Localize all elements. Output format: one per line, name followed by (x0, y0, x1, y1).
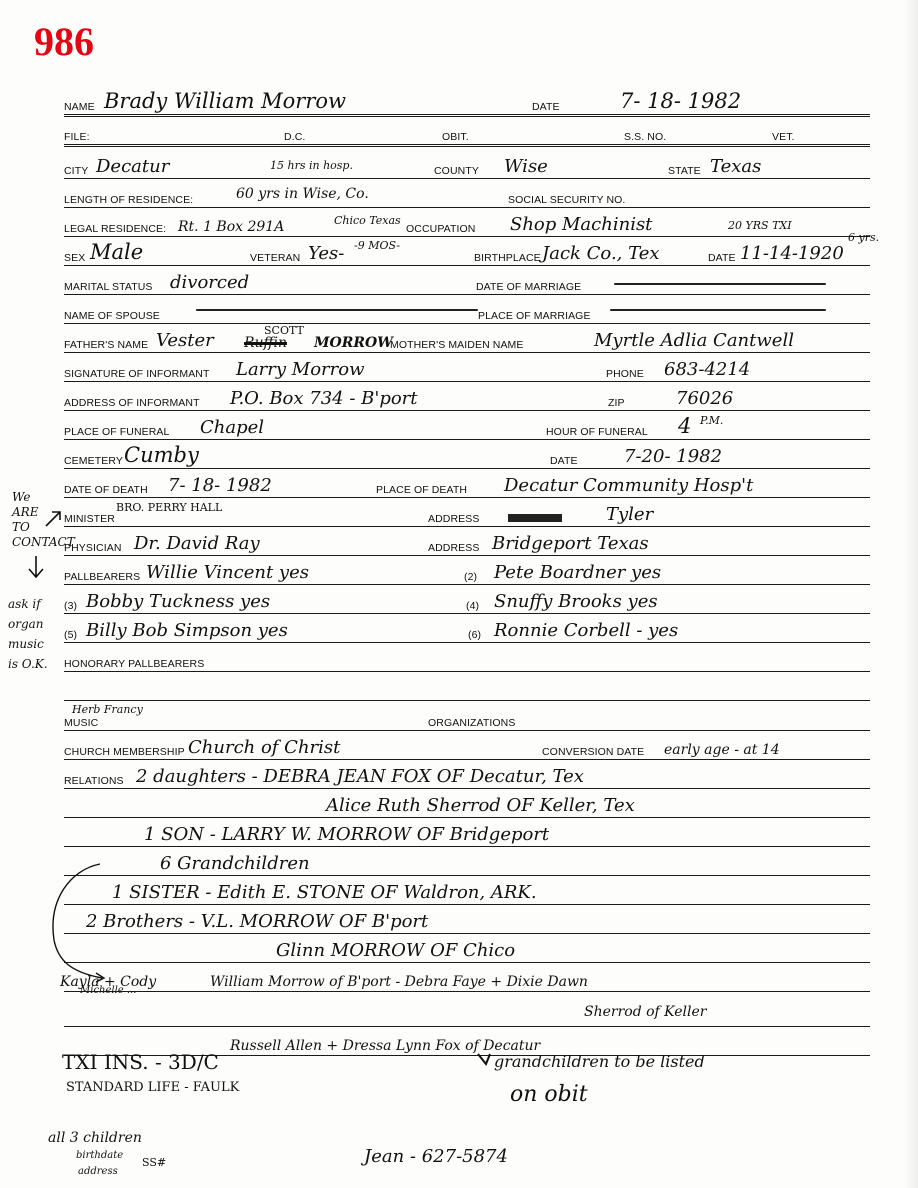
social-security-label: SOCIAL SECURITY NO. (508, 194, 625, 206)
row-informant: SIGNATURE OF INFORMANT Larry Morrow PHON… (64, 361, 870, 382)
margin-organ-line-1: ask if (8, 594, 48, 614)
file-label: FILE: (64, 131, 90, 143)
conversion-date-value: early age - at 14 (664, 742, 780, 758)
row-blank (64, 680, 870, 701)
occupation-label: OCCUPATION (406, 223, 475, 235)
row-pallbearers-3: (5) Billy Bob Simpson yes (6) Ronnie Cor… (64, 622, 870, 643)
pallbearer-3-num: (3) (64, 600, 77, 612)
place-of-death-label: PLACE OF DEATH (376, 484, 467, 496)
ss-no-label: S.S. NO. (624, 131, 666, 143)
relations-line-5: 1 SISTER - Edith E. STONE OF Waldron, AR… (112, 882, 537, 903)
date-label: DATE (532, 101, 560, 113)
place-of-marriage-label: PLACE OF MARRIAGE (478, 310, 591, 322)
vet-label: VET. (772, 131, 795, 143)
row-legal-residence: LEGAL RESIDENCE: Rt. 1 Box 291A Chico Te… (64, 216, 870, 237)
phone-note: Jean - 627-5874 (364, 1146, 508, 1167)
row-city: CITY Decatur 15 hrs in hosp. COUNTY Wise… (64, 158, 870, 179)
pallbearer-5: Billy Bob Simpson yes (86, 620, 288, 641)
name-label: NAME (64, 101, 95, 113)
row-relations-1: RELATIONS 2 daughters - DEBRA JEAN FOX O… (64, 768, 870, 789)
relations-line-8: William Morrow of B'port - Debra Faye + … (210, 974, 588, 990)
margin-contact-line-1: We (12, 490, 75, 505)
city-value: Decatur (96, 156, 169, 177)
relations-line-9: Sherrod of Keller (584, 1004, 706, 1020)
pallbearer-3: Bobby Tuckness yes (86, 591, 270, 612)
date-of-death-label: DATE OF DEATH (64, 484, 148, 496)
birth-date-value: 11-14-1920 (740, 243, 844, 264)
hour-of-funeral-value: 4 (678, 414, 691, 438)
phone-label: PHONE (606, 368, 644, 380)
sex-label: SEX (64, 252, 85, 264)
fathers-struck-name: Ruffin (244, 335, 287, 351)
church-membership-label: CHURCH MEMBERSHIP (64, 746, 185, 758)
cemetery-date-value: 7-20- 1982 (624, 446, 722, 467)
arrow-down-icon (26, 554, 46, 580)
music-value: Herb Francy (72, 703, 143, 716)
marital-status-value: divorced (170, 272, 249, 293)
length-of-residence-value: 60 yrs in Wise, Co. (236, 186, 369, 202)
legal-residence-note: Chico Texas (334, 214, 401, 227)
row-minister: MINISTER BRO. PERRY HALL ADDRESS Tyler (64, 506, 870, 527)
relations-line-4: 6 Grandchildren (160, 853, 310, 874)
relations-line-1: 2 daughters - DEBRA JEAN FOX OF Decatur,… (136, 766, 584, 787)
state-label: STATE (668, 165, 701, 177)
row-parents: FATHER'S NAME Vester Ruffin SCOTT MORROW… (64, 332, 870, 353)
pallbearer-1: Willie Vincent yes (146, 562, 309, 583)
grandchildren-note-2: on obit (510, 1082, 588, 1107)
fathers-name-label: FATHER'S NAME (64, 339, 148, 351)
arrow-up-right-icon (44, 508, 64, 528)
insurance-note-1: TXI INS. - 3D/C (62, 1050, 219, 1074)
address-of-informant-label: ADDRESS OF INFORMANT (64, 397, 200, 409)
place-of-funeral-label: PLACE OF FUNERAL (64, 426, 169, 438)
children-note-1: all 3 children (48, 1130, 142, 1146)
birthplace-value: Jack Co., Tex (542, 243, 660, 264)
record-number: 986 (34, 18, 94, 65)
zip-label: ZIP (608, 397, 625, 409)
row-informant-address: ADDRESS OF INFORMANT P.O. Box 734 - B'po… (64, 390, 870, 411)
row-relations-3: 1 SON - LARRY W. MORROW OF Bridgeport (64, 826, 870, 847)
minister-address-label: ADDRESS (428, 513, 479, 525)
veteran-note: -9 MOS- (354, 239, 400, 252)
occupation-value: Shop Machinist (510, 214, 652, 235)
children-note-3: address (78, 1166, 118, 1177)
pallbearer-2-num: (2) (464, 571, 477, 583)
marital-status-label: MARITAL STATUS (64, 281, 153, 293)
legal-residence-value: Rt. 1 Box 291A (178, 219, 284, 235)
relations-line-2: Alice Ruth Sherrod OF Keller, Tex (326, 795, 635, 816)
relations-line-3: 1 SON - LARRY W. MORROW OF Bridgeport (144, 824, 549, 845)
row-cemetery: CEMETERY Cumby DATE 7-20- 1982 (64, 448, 870, 469)
row-sex: SEX Male VETERAN Yes- -9 MOS- BIRTHPLACE… (64, 245, 870, 266)
row-relations-6: 2 Brothers - V.L. MORROW OF B'port (64, 913, 870, 934)
insurance-note-2: STANDARD LIFE - FAULK (66, 1080, 239, 1095)
children-note-ss: SS# (142, 1156, 166, 1169)
row-relations-4: 6 Grandchildren (64, 855, 870, 876)
phone-value: 683-4214 (664, 359, 750, 380)
county-value: Wise (504, 156, 548, 177)
cemetery-value: Cumby (124, 443, 199, 467)
dc-label: D.C. (284, 131, 305, 143)
row-spouse: NAME OF SPOUSE PLACE OF MARRIAGE (64, 303, 870, 324)
pallbearer-6-num: (6) (468, 629, 481, 641)
hour-of-funeral-suffix: P.M. (700, 414, 723, 427)
address-of-informant-value: P.O. Box 734 - B'port (230, 388, 418, 409)
date-of-death-value: 7- 18- 1982 (168, 475, 272, 496)
physician-value: Dr. David Ray (134, 533, 260, 554)
row-pallbearers-2: (3) Bobby Tuckness yes (4) Snuffy Brooks… (64, 593, 870, 614)
name-of-spouse-label: NAME OF SPOUSE (64, 310, 160, 322)
sex-value: Male (90, 240, 143, 264)
row-physician: PHYSICIAN Dr. David Ray ADDRESS Bridgepo… (64, 535, 870, 556)
row-funeral: PLACE OF FUNERAL Chapel HOUR OF FUNERAL … (64, 419, 870, 440)
signature-of-informant-label: SIGNATURE OF INFORMANT (64, 368, 210, 380)
relations-line-6: 2 Brothers - V.L. MORROW OF B'port (86, 911, 428, 932)
minister-address-value: Tyler (606, 504, 653, 525)
row-death: DATE OF DEATH 7- 18- 1982 PLACE OF DEATH… (64, 477, 870, 498)
physician-address-value: Bridgeport Texas (492, 533, 649, 554)
physician-address-label: ADDRESS (428, 542, 479, 554)
row-honorary-pallbearers: HONORARY PALLBEARERS (64, 651, 870, 672)
minister-value: BRO. PERRY HALL (116, 501, 222, 514)
relations-line-7: Glinn MORROW OF Chico (276, 940, 515, 961)
margin-contact-line-4: CONTACT (12, 535, 75, 550)
margin-organ-line-3: music (8, 634, 48, 654)
zip-value: 76026 (676, 388, 733, 409)
row-relations-8: Kayla + Cody William Morrow of B'port - … (64, 971, 870, 992)
birthplace-label: BIRTHPLACE (474, 252, 541, 264)
length-of-residence-label: LENGTH OF RESIDENCE: (64, 194, 193, 206)
state-value: Texas (710, 156, 761, 177)
place-of-marriage-dash (610, 309, 826, 311)
row-relations-7: Glinn MORROW OF Chico (64, 942, 870, 963)
fathers-inserted-name: SCOTT (264, 324, 304, 337)
arrow-down-right-icon (476, 1052, 492, 1068)
occupation-note-2: 6 yrs. (848, 231, 879, 244)
row-relations-2: Alice Ruth Sherrod OF Keller, Tex (64, 797, 870, 818)
legal-residence-label: LEGAL RESIDENCE: (64, 223, 166, 235)
signature-of-informant-value: Larry Morrow (236, 359, 365, 380)
grandchildren-bracket-arrow (40, 860, 120, 990)
relations-label: RELATIONS (64, 775, 124, 787)
fathers-first-name: Vester (156, 330, 214, 351)
margin-organ-line-2: organ (8, 614, 48, 634)
row-church: CHURCH MEMBERSHIP Church of Christ CONVE… (64, 739, 870, 760)
cemetery-label: CEMETERY (64, 455, 123, 467)
organizations-label: ORGANIZATIONS (428, 717, 515, 729)
row-file: FILE: D.C. OBIT. S.S. NO. VET. (64, 122, 870, 147)
mothers-maiden-name-label: MOTHER'S MAIDEN NAME (390, 339, 524, 351)
pallbearer-2: Pete Boardner yes (494, 562, 661, 583)
name-value: Brady William Morrow (104, 89, 346, 113)
city-label: CITY (64, 165, 88, 177)
place-of-funeral-value: Chapel (200, 417, 264, 438)
obit-label: OBIT. (442, 131, 469, 143)
grandchildren-note-1: grandchildren to be listed (494, 1052, 705, 1071)
occupation-note: 20 YRS TXI (728, 219, 792, 232)
date-of-marriage-label: DATE OF MARRIAGE (476, 281, 581, 293)
pallbearer-4: Snuffy Brooks yes (494, 591, 658, 612)
date-value: 7- 18- 1982 (620, 89, 741, 113)
veteran-label: VETERAN (250, 252, 300, 264)
place-of-death-value: Decatur Community Hosp't (504, 475, 753, 496)
pallbearer-5-num: (5) (64, 629, 77, 641)
pallbearer-4-num: (4) (466, 600, 479, 612)
pallbearer-6: Ronnie Corbell - yes (494, 620, 678, 641)
cemetery-date-label: DATE (550, 455, 578, 467)
margin-organ-line-4: is O.K. (8, 654, 48, 674)
row-relations-9: Sherrod of Keller (64, 1006, 870, 1027)
fathers-last-name: MORROW (314, 335, 393, 351)
row-marital-status: MARITAL STATUS divorced DATE OF MARRIAGE (64, 274, 870, 295)
row-relations-5: 1 SISTER - Edith E. STONE OF Waldron, AR… (64, 884, 870, 905)
spouse-dash (196, 309, 478, 311)
honorary-pallbearers-label: HONORARY PALLBEARERS (64, 658, 204, 670)
children-note-2: birthdate (76, 1150, 123, 1161)
hour-of-funeral-label: HOUR OF FUNERAL (546, 426, 648, 438)
conversion-date-label: CONVERSION DATE (542, 746, 644, 758)
date-of-marriage-dash (614, 283, 826, 285)
veteran-value: Yes- (308, 243, 344, 264)
row-pallbearers-1: PALLBEARERS Willie Vincent yes (2) Pete … (64, 564, 870, 585)
margin-note-organ: ask if organ music is O.K. (8, 594, 48, 674)
city-note: 15 hrs in hosp. (270, 159, 353, 172)
county-label: COUNTY (434, 165, 479, 177)
row-music: MUSIC Herb Francy ORGANIZATIONS (64, 710, 870, 731)
row-name: NAME Brady William Morrow DATE 7- 18- 19… (64, 92, 870, 117)
music-label: MUSIC (64, 717, 98, 729)
funeral-record-form: 986 NAME Brady William Morrow DATE 7- 18… (0, 0, 918, 1188)
birth-date-label: DATE (708, 252, 736, 264)
redacted-scribble (508, 514, 562, 522)
pallbearers-label: PALLBEARERS (64, 571, 140, 583)
row-length-of-residence: LENGTH OF RESIDENCE: 60 yrs in Wise, Co.… (64, 187, 870, 208)
church-membership-value: Church of Christ (188, 737, 340, 758)
mothers-maiden-name-value: Myrtle Adlia Cantwell (594, 330, 794, 351)
